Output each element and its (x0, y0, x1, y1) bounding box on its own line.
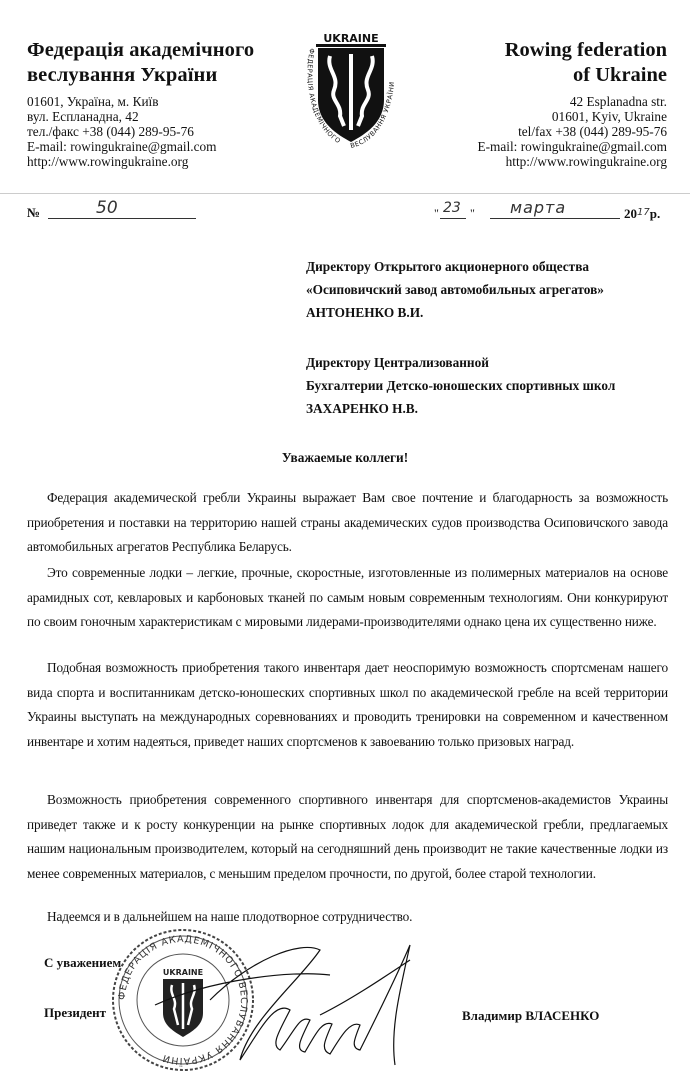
website: http://www.rowingukraine.org (478, 154, 668, 169)
signatory-name: Владимир ВЛАСЕНКО (462, 1008, 599, 1024)
org-title-uk-line1: Федерація академічного (27, 38, 254, 63)
email: E-mail: rowingukraine@gmail.com (27, 139, 217, 154)
date-open-quote: " (434, 206, 439, 221)
date-close-quote: " (470, 206, 475, 221)
address-block-ukrainian: 01601, Україна, м. Київ вул. Еспланадна,… (27, 94, 217, 169)
date-month: марта (510, 198, 566, 217)
letterhead-divider (0, 193, 690, 194)
reference-number-value: 50 (96, 198, 118, 218)
address-line: 42 Esplanadna str. (478, 94, 668, 109)
address-line: вул. Еспланадна, 42 (27, 109, 217, 124)
website: http://www.rowingukraine.org (27, 154, 217, 169)
handwritten-signature-icon (150, 920, 450, 1070)
address-line: 01601, Україна, м. Київ (27, 94, 217, 109)
recipient-line: Директору Централизованной (306, 355, 615, 370)
address-block-english: 42 Esplanadna str. 01601, Kyiv, Ukraine … (478, 94, 668, 169)
salutation: Уважаемые коллеги! (0, 450, 690, 466)
phone-fax: tel/fax +38 (044) 289-95-76 (478, 124, 668, 139)
phone-fax: тел./факс +38 (044) 289-95-76 (27, 124, 217, 139)
signatory-position: Президент (44, 1005, 106, 1021)
body-paragraph-4: Возможность приобретения современного сп… (27, 788, 668, 886)
recipient-line: Бухгалтерии Детско-юношеских спортивных … (306, 378, 615, 393)
org-title-english: Rowing federation of Ukraine (505, 38, 667, 88)
org-title-uk-line2: веслування України (27, 63, 254, 88)
date-year-prefix: 20 (624, 206, 637, 221)
body-paragraph-3: Подобная возможность приобретения такого… (27, 656, 668, 754)
date-year-abbr: р. (650, 206, 660, 221)
email: E-mail: rowingukraine@gmail.com (478, 139, 668, 154)
recipient-line: Директору Открытого акционерного обществ… (306, 259, 604, 274)
date-day-line (440, 218, 466, 219)
recipient-line: «Осиповичский завод автомобильных агрега… (306, 282, 604, 297)
org-title-ukrainian: Федерація академічного веслування Україн… (27, 38, 254, 88)
svg-text:UKRAINE: UKRAINE (323, 32, 378, 45)
address-line: 01601, Kyiv, Ukraine (478, 109, 668, 124)
recipient-name: ЗАХАРЕНКО Н.В. (306, 401, 615, 416)
date-year-suffix: 17 (637, 207, 650, 218)
date-month-line (490, 218, 620, 219)
body-paragraph-1: Федерация академической гребли Украины в… (27, 486, 668, 560)
org-title-en-line1: Rowing federation (505, 38, 667, 63)
date-year: 2017р. (624, 206, 660, 222)
reference-number-line (48, 218, 196, 219)
org-title-en-line2: of Ukraine (505, 63, 667, 88)
reference-number-label: № (27, 205, 40, 221)
recipient-block-2: Директору Централизованной Бухгалтерии Д… (306, 355, 615, 416)
date-day: 23 (443, 200, 461, 216)
recipient-name: АНТОНЕНКО В.И. (306, 305, 604, 320)
recipient-block-1: Директору Открытого акционерного обществ… (306, 259, 604, 320)
body-paragraph-2: Это современные лодки – легкие, прочные,… (27, 561, 668, 635)
federation-logo-icon: UKRAINE ФЕДЕРАЦІЯ АКАДЕМІЧНОГО ВЕСЛУВАНН… (296, 30, 406, 155)
